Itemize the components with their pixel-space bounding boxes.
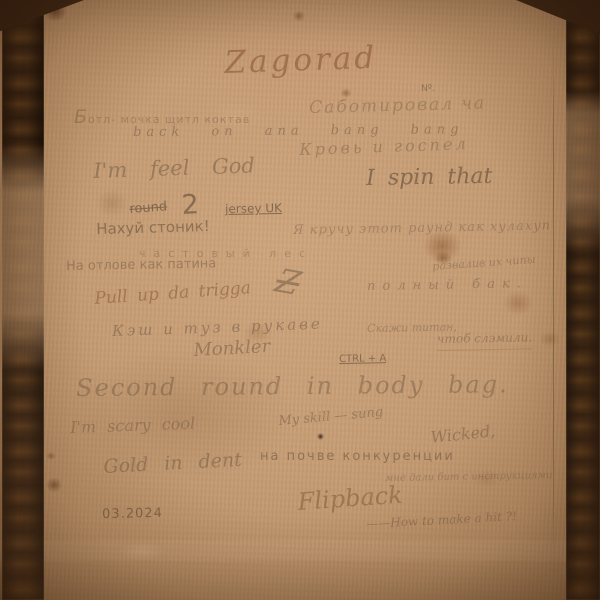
paper-crease-line (553, 40, 554, 572)
note-flipback: Flipback (297, 483, 403, 514)
note-monkler: Monkler (193, 338, 271, 360)
note-second-round-body-bag: Second round in body bag. (76, 372, 509, 400)
left-ornament-border (2, 0, 44, 600)
note-nahuy-stonik: Нахуй стоник! (96, 219, 210, 237)
note-na-otlove: На отлове как патина (66, 257, 216, 273)
note-sabotiroval: Саботировал ча (309, 95, 486, 117)
right-ornament-border (566, 0, 600, 600)
note-chtob-slemili: чтоб слэмили. (437, 331, 532, 351)
note-round-number: 2 (181, 191, 200, 219)
note-im-feel-god: I'm feel God (93, 155, 255, 182)
note-na-pochve-konkurencii: на почве конкуренции (260, 450, 455, 463)
note-im-scary-cool: I'm scary cool (70, 416, 195, 436)
note-i-spin-that: I spin that (366, 166, 493, 190)
note-title-zagorad: Zagorad (224, 43, 378, 79)
note-ctrl-a: CTRL + A (339, 354, 386, 365)
scanned-lyric-sheet: Zagorad Nº. Ботл- мочка щитл коктав Сабо… (0, 0, 600, 600)
note-round-struck: round (129, 200, 168, 216)
note-polny-bak: полный бак. (367, 277, 528, 293)
numero-mark: Nº. (421, 85, 435, 94)
date-mark: 03.2024 (102, 507, 163, 521)
note-jersey-uk: jersey UK (225, 202, 282, 215)
